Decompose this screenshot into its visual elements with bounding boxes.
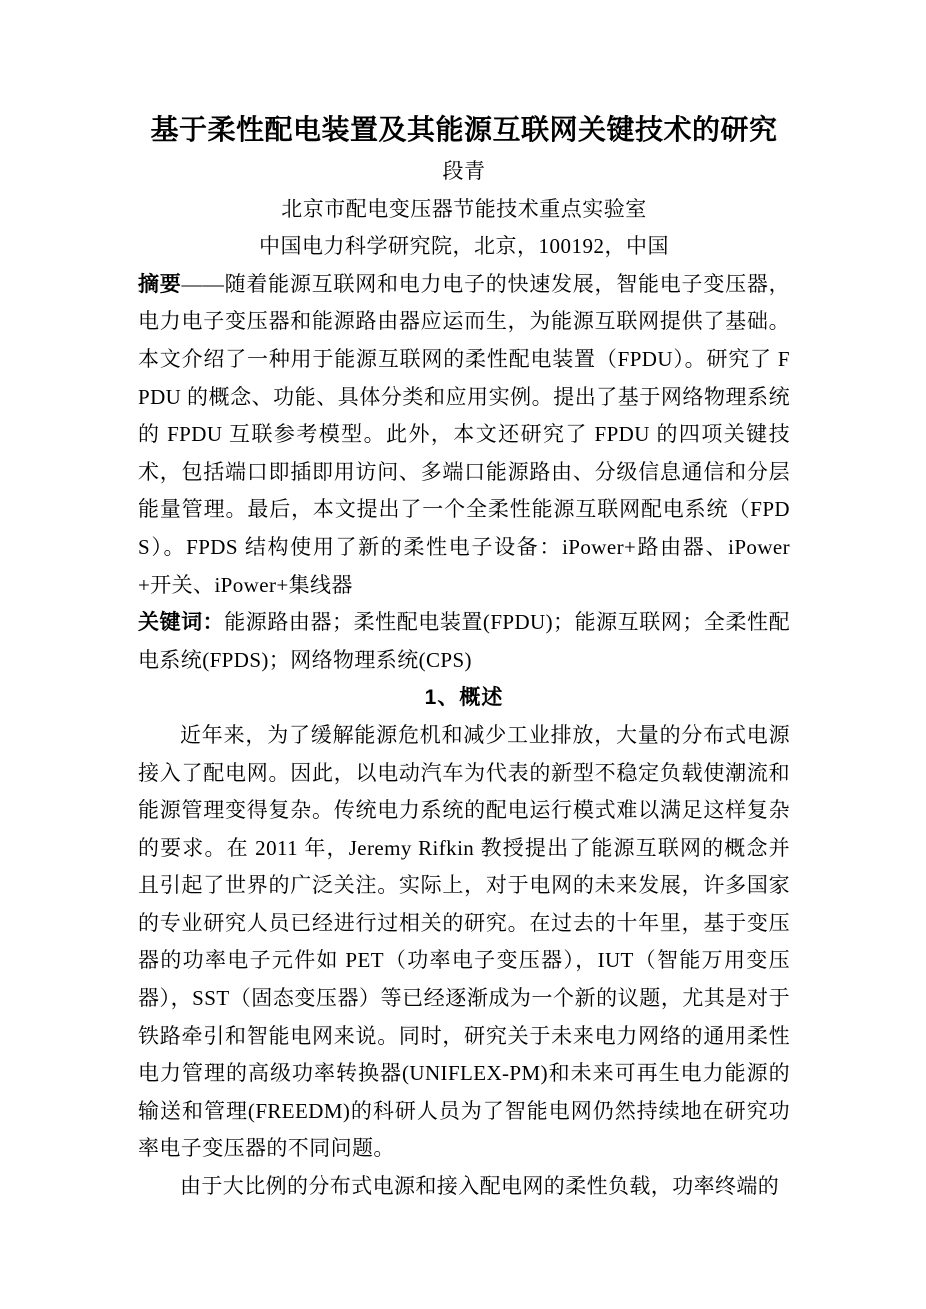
affiliation-institute: 中国电力科学研究院，北京，100192，中国 <box>138 228 790 266</box>
abstract-paragraph: 摘要——随着能源互联网和电力电子的快速发展，智能电子变压器，电力电子变压器和能源… <box>138 266 790 604</box>
body-paragraph-2: 由于大比例的分布式电源和接入配电网的柔性负载，功率终端的 <box>138 1168 790 1206</box>
keywords-label: 关键词： <box>138 611 224 634</box>
body-paragraph-1: 近年来，为了缓解能源危机和减少工业排放，大量的分布式电源接入了配电网。因此，以电… <box>138 717 790 1168</box>
abstract-text: ——随着能源互联网和电力电子的快速发展，智能电子变压器，电力电子变压器和能源路由… <box>138 272 790 597</box>
affiliation-lab: 北京市配电变压器节能技术重点实验室 <box>138 191 790 229</box>
keywords-text: 能源路由器；柔性配电装置(FPDU)；能源互联网；全柔性配电系统(FPDS)；网… <box>138 610 790 672</box>
paper-title: 基于柔性配电装置及其能源互联网关键技术的研究 <box>138 106 790 153</box>
abstract-label: 摘要 <box>138 273 182 296</box>
section-heading-overview: 1、概述 <box>138 679 790 717</box>
keywords-paragraph: 关键词：能源路由器；柔性配电装置(FPDU)；能源互联网；全柔性配电系统(FPD… <box>138 604 790 679</box>
author-name: 段青 <box>138 153 790 191</box>
document-page: 基于柔性配电装置及其能源互联网关键技术的研究 段青 北京市配电变压器节能技术重点… <box>0 0 926 1309</box>
